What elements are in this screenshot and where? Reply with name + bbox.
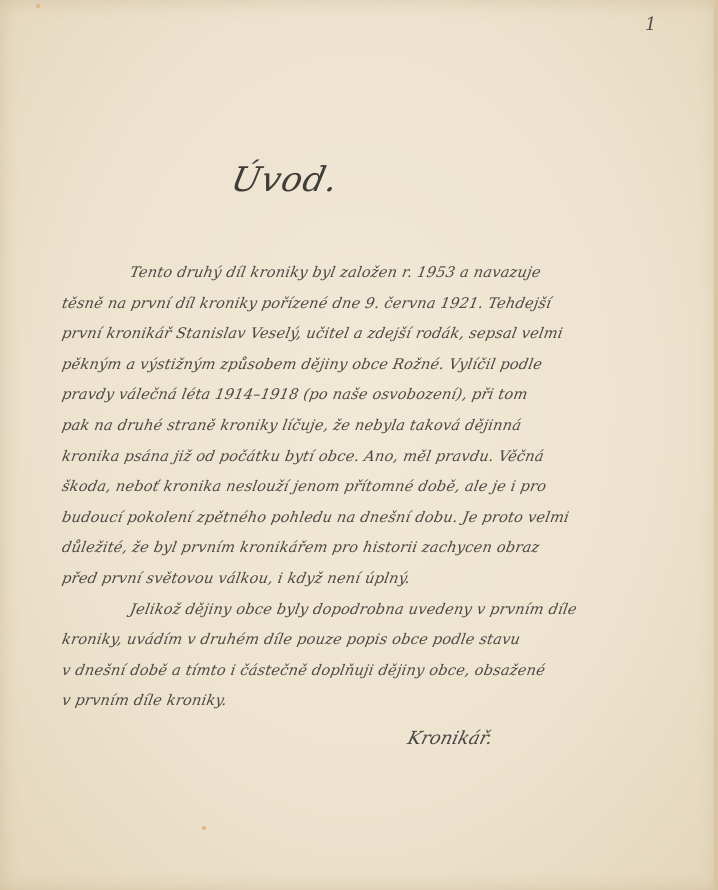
text-line: před první světovou válkou, i když není … [59,564,619,595]
page-number: 1 [645,14,656,35]
text-line: škoda, neboť kronika neslouží jenom přít… [59,472,619,503]
page-edge [714,0,718,890]
text-line: budoucí pokolení zpětného pohledu na dne… [59,503,619,534]
text-line: kronika psána již od počátku bytí obce. … [59,442,619,473]
text-line: pravdy válečná léta 1914–1918 (po naše o… [59,380,619,411]
text-line: Jelikož dějiny obce byly dopodrobna uved… [59,595,619,626]
text-line: důležité, že byl prvním kronikářem pro h… [59,533,619,564]
chronicle-page: 1 Úvod. Tento druhý díl kroniky byl zalo… [0,0,718,890]
body-text: Tento druhý díl kroniky byl založen r. 1… [62,258,617,717]
text-line: kroniky, uvádím v druhém díle pouze popi… [59,625,619,656]
text-line: v prvním díle kroniky. [59,686,619,717]
signature: Kronikář. [405,728,494,749]
text-line: pak na druhé straně kroniky líčuje, že n… [59,411,619,442]
text-line: těsně na první díl kroniky pořízené dne … [59,289,619,320]
text-line: v dnešní době a tímto i částečně doplňuj… [59,656,619,687]
paper-stain [36,4,40,8]
text-line: pěkným a výstižným způsobem dějiny obce … [59,350,619,381]
page-title: Úvod. [228,160,342,200]
text-line: Tento druhý díl kroniky byl založen r. 1… [59,258,619,289]
text-line: první kronikář Stanislav Veselý, učitel … [59,319,619,350]
paper-stain [202,826,206,830]
